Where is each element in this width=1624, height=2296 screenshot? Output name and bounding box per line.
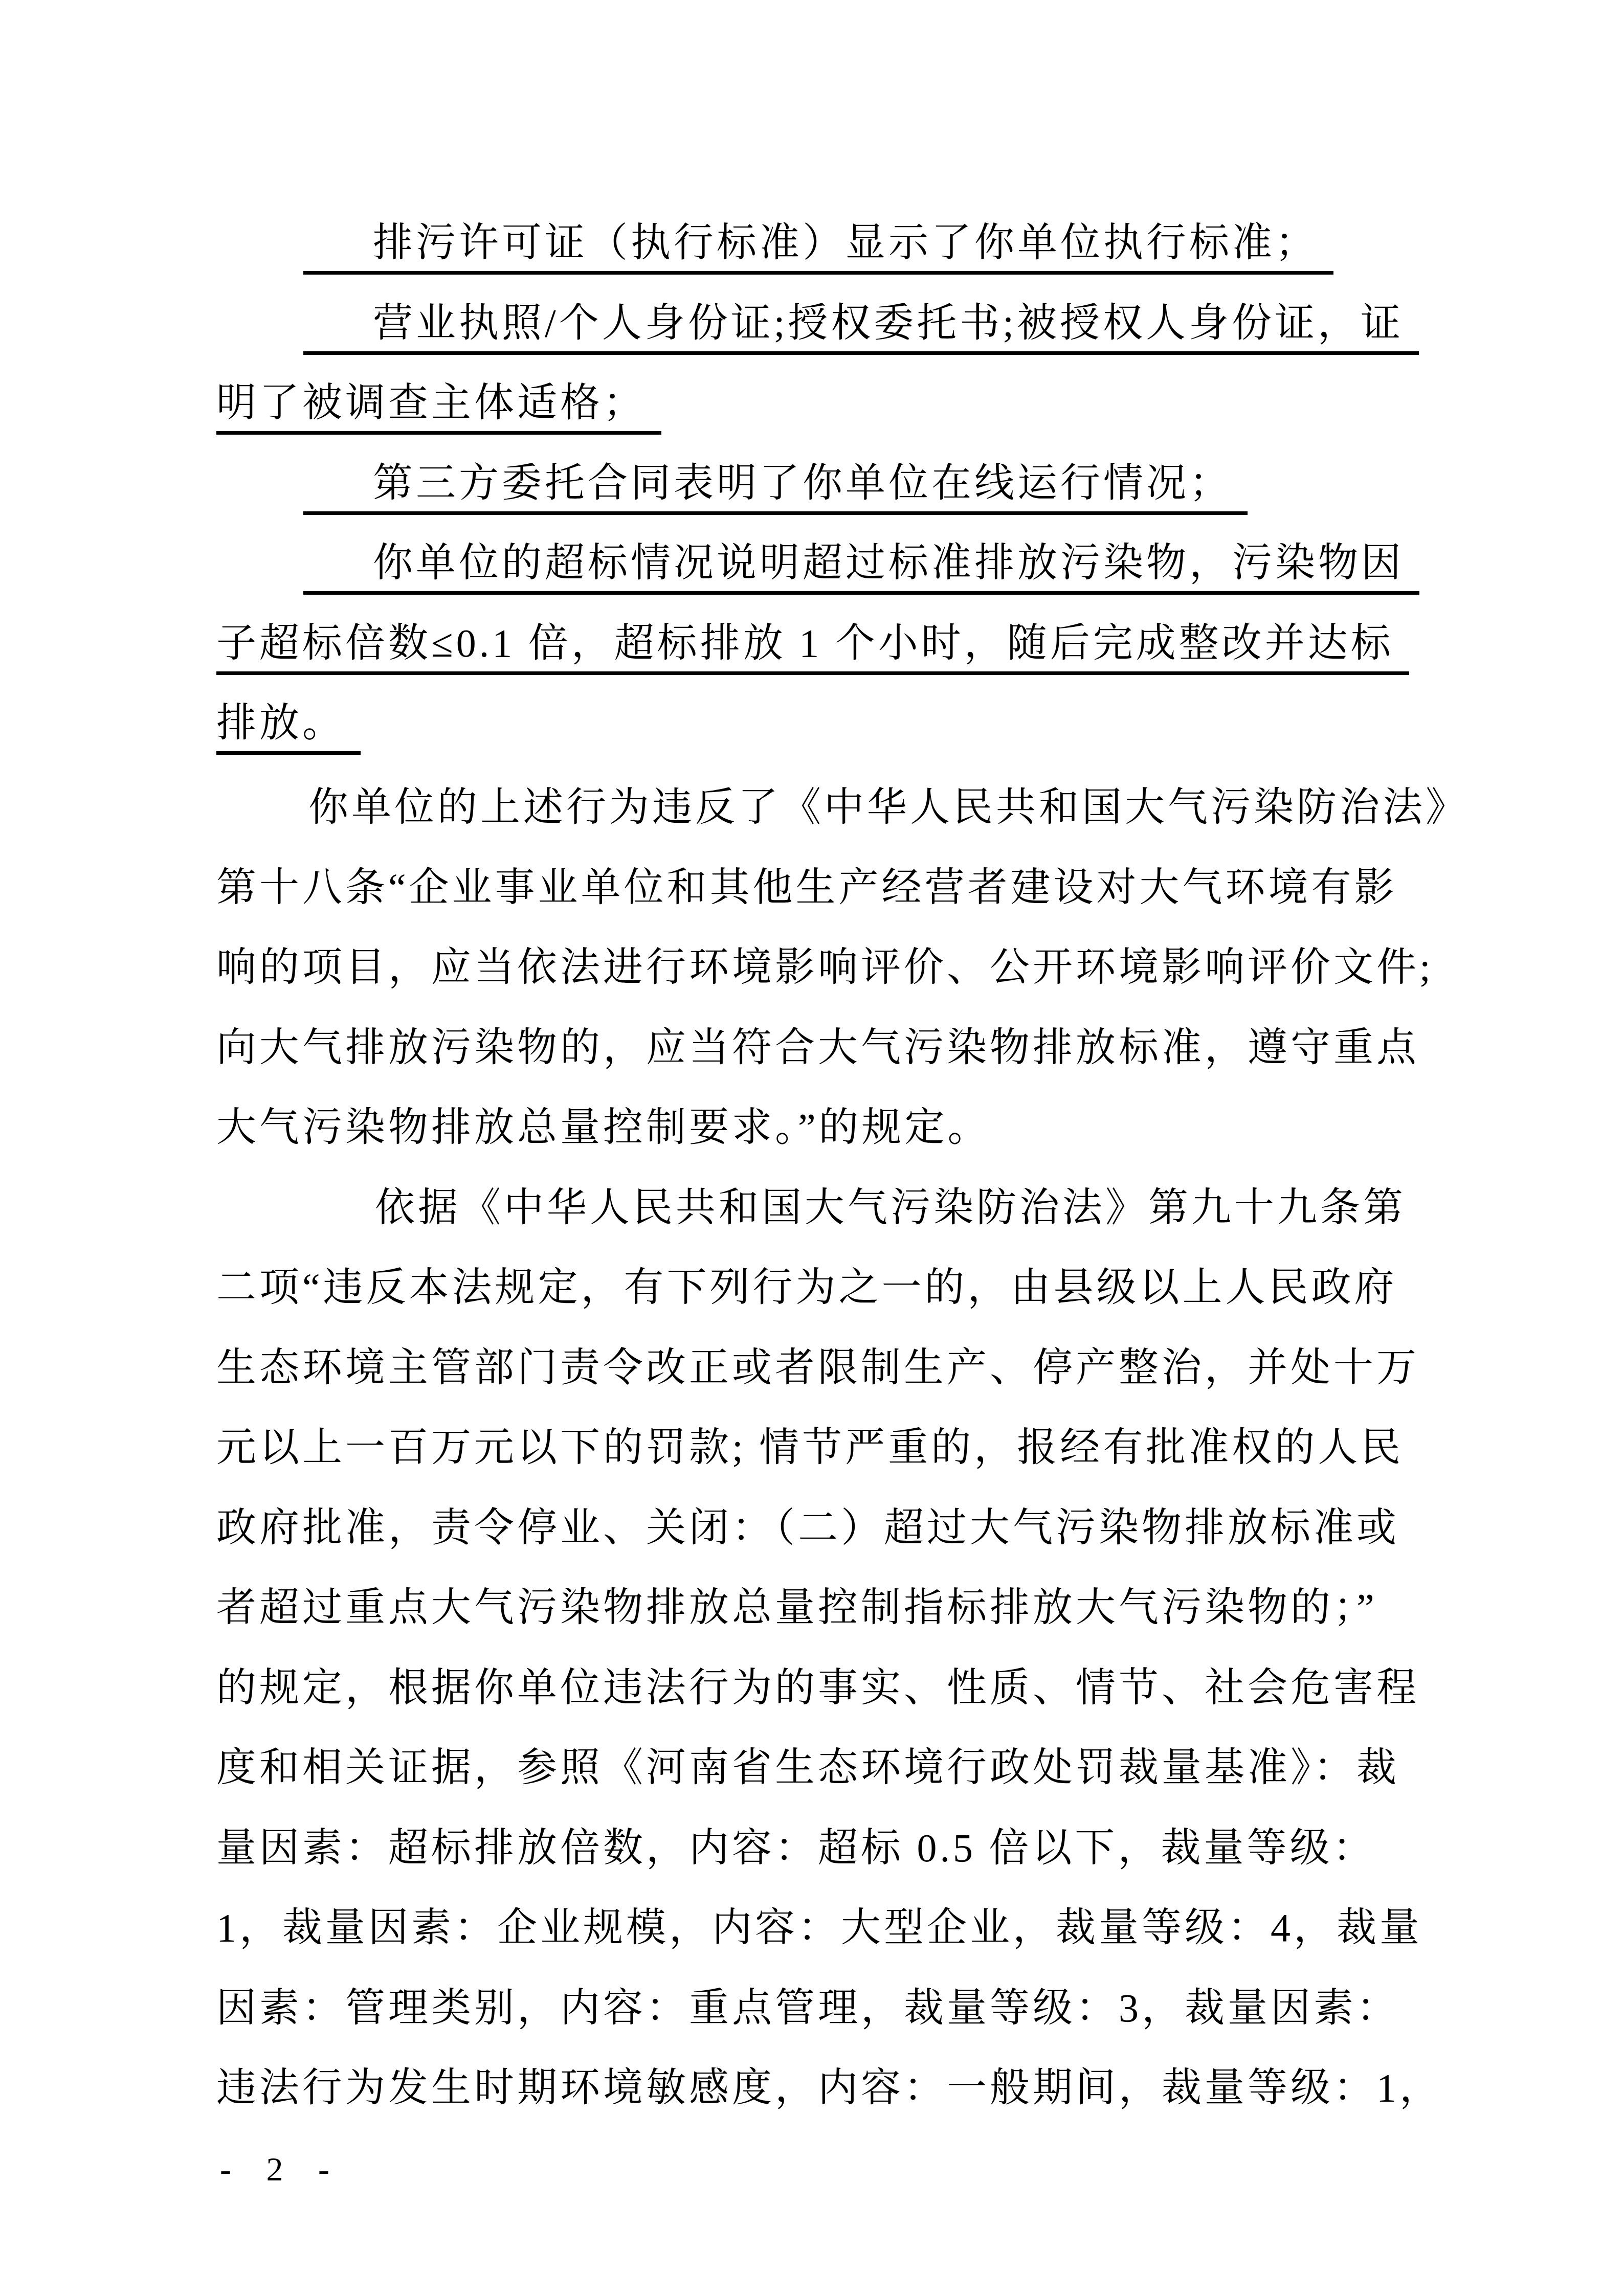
line-text: 者超过重点大气污染物排放总量控制指标排放大气污染物的；” [216, 1584, 1377, 1631]
text-line: 政府批准，责令停业、关闭：（二）超过大气污染物排放标准或 [216, 1488, 1444, 1568]
underlined-text: 排放。 [216, 700, 361, 755]
text-line: 第十八条“企业事业单位和其他生产经营者建设对大气环境有影 [216, 847, 1444, 928]
line-text: 元以上一百万元以下的罚款; 情节严重的，报经有批准权的人民 [216, 1424, 1404, 1471]
underlined-text: 排污许可证（执行标准）显示了你单位执行标准； [303, 219, 1333, 275]
text-line: 向大气排放污染物的，应当符合大气污染物排放标准，遵守重点 [216, 1007, 1444, 1088]
line-text: 的规定，根据你单位违法行为的事实、性质、情节、社会危害程 [216, 1664, 1419, 1711]
underlined-text: 子超标倍数≤0.1 倍，超标排放 1 个小时，随后完成整改并达标 [216, 620, 1409, 675]
text-line: 生态环境主管部门责令改正或者限制生产、停产整治，并处十万 [216, 1327, 1444, 1408]
underlined-text: 第三方委托合同表明了你单位在线运行情况； [303, 460, 1248, 515]
underlined-text: 你单位的超标情况说明超过标准排放污染物，污染物因 [303, 539, 1419, 595]
line-text: 二项“违反本法规定，有下列行为之一的，由县级以上人民政府 [216, 1264, 1397, 1311]
document-body: 排污许可证（执行标准）显示了你单位执行标准；营业执照/个人身份证;授权委托书;被… [216, 207, 1444, 2128]
text-line: 营业执照/个人身份证;授权委托书;被授权人身份证，证 [216, 287, 1444, 368]
line-text: 生态环境主管部门责令改正或者限制生产、停产整治，并处十万 [216, 1344, 1419, 1391]
text-line: 排放。 [216, 687, 1444, 768]
line-text: 度和相关证据，参照《河南省生态环境行政处罚裁量基准》：裁 [216, 1744, 1399, 1791]
line-text: 因素：管理类别，内容：重点管理，裁量等级：3，裁量因素： [216, 1985, 1399, 2031]
text-line: 明了被调查主体适格； [216, 367, 1444, 447]
text-line: 违法行为发生时期环境敏感度，内容：一般期间，裁量等级：1， [216, 2048, 1444, 2128]
line-text: 依据《中华人民共和国大气污染防治法》第九十九条第 [375, 1184, 1406, 1231]
text-line: 者超过重点大气污染物排放总量控制指标排放大气污染物的；” [216, 1568, 1444, 1648]
text-line: 你单位的超标情况说明超过标准排放污染物，污染物因 [216, 527, 1444, 607]
text-line: 二项“违反本法规定，有下列行为之一的，由县级以上人民政府 [216, 1248, 1444, 1328]
text-line: 量因素：超标排放倍数，内容：超标 0.5 倍以下，裁量等级： [216, 1808, 1444, 1888]
line-text: 向大气排放污染物的，应当符合大气污染物排放标准，遵守重点 [216, 1024, 1419, 1071]
text-line: 第三方委托合同表明了你单位在线运行情况； [216, 447, 1444, 528]
text-line: 度和相关证据，参照《河南省生态环境行政处罚裁量基准》：裁 [216, 1728, 1444, 1808]
line-text: 1，裁量因素：企业规模，内容：大型企业，裁量等级：4，裁量 [216, 1904, 1422, 1951]
line-text: 第十八条“企业事业单位和其他生产经营者建设对大气环境有影 [216, 864, 1397, 911]
line-text: 违法行为发生时期环境敏感度，内容：一般期间，裁量等级：1， [216, 2064, 1442, 2111]
line-text: 响的项目，应当依法进行环境影响评价、公开环境影响评价文件; [216, 944, 1434, 991]
text-line: 元以上一百万元以下的罚款; 情节严重的，报经有批准权的人民 [216, 1408, 1444, 1488]
text-line: 你单位的上述行为违反了《中华人民共和国大气污染防治法》 [216, 768, 1444, 848]
text-line: 排污许可证（执行标准）显示了你单位执行标准； [216, 207, 1444, 287]
text-line: 大气污染物排放总量控制要求。”的规定。 [216, 1088, 1444, 1168]
text-line: 因素：管理类别，内容：重点管理，裁量等级：3，裁量因素： [216, 1968, 1444, 2048]
line-text: 量因素：超标排放倍数，内容：超标 0.5 倍以下，裁量等级： [216, 1825, 1376, 1871]
underlined-text: 营业执照/个人身份证;授权委托书;被授权人身份证，证 [303, 300, 1419, 355]
text-line: 依据《中华人民共和国大气污染防治法》第九十九条第 [216, 1167, 1444, 1248]
page-number: - 2 - [220, 2136, 343, 2203]
text-line: 子超标倍数≤0.1 倍，超标排放 1 个小时，随后完成整改并达标 [216, 607, 1444, 688]
line-text: 政府批准，责令停业、关闭：（二）超过大气污染物排放标准或 [216, 1504, 1399, 1551]
text-line: 1，裁量因素：企业规模，内容：大型企业，裁量等级：4，裁量 [216, 1888, 1444, 1968]
document-page: 排污许可证（执行标准）显示了你单位执行标准；营业执照/个人身份证;授权委托书;被… [0, 0, 1624, 2296]
underlined-text: 明了被调查主体适格； [216, 379, 661, 435]
line-text: 你单位的上述行为违反了《中华人民共和国大气污染防治法》 [308, 784, 1469, 830]
text-line: 响的项目，应当依法进行环境影响评价、公开环境影响评价文件; [216, 928, 1444, 1008]
text-line: 的规定，根据你单位违法行为的事实、性质、情节、社会危害程 [216, 1648, 1444, 1728]
line-text: 大气污染物排放总量控制要求。”的规定。 [216, 1104, 991, 1151]
